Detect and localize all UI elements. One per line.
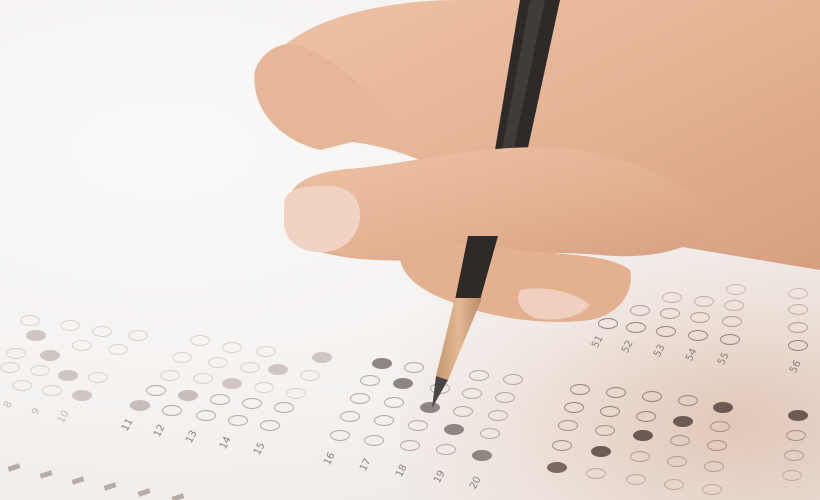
bubble[interactable] [724, 300, 744, 311]
bubble[interactable] [268, 364, 288, 375]
bubble[interactable] [222, 342, 242, 353]
bubble[interactable] [630, 451, 650, 462]
bubble[interactable] [208, 357, 228, 368]
answer-sheet-photo: 8 9 10 11 12 13 14 15 [0, 0, 820, 500]
bubble[interactable] [720, 334, 740, 345]
bubble[interactable] [404, 362, 424, 373]
bubble[interactable] [784, 450, 804, 461]
bubble[interactable] [0, 362, 20, 373]
timing-mark [172, 493, 185, 500]
bubble[interactable] [60, 320, 80, 331]
bubble[interactable] [190, 335, 210, 346]
bubble[interactable] [495, 392, 515, 403]
bubble[interactable] [472, 450, 492, 461]
timing-mark [40, 470, 53, 478]
question-number: 13 [184, 429, 200, 445]
bubble[interactable] [408, 420, 428, 431]
bubble[interactable] [330, 430, 350, 441]
bubble[interactable] [72, 340, 92, 351]
bubble[interactable] [162, 405, 182, 416]
bubble[interactable] [591, 446, 611, 457]
bubble[interactable] [286, 388, 306, 399]
bubble[interactable] [40, 350, 60, 361]
bubble[interactable] [430, 383, 450, 394]
bubble[interactable] [664, 479, 684, 490]
question-number: 10 [56, 409, 72, 425]
bubble[interactable] [88, 372, 108, 383]
bubble[interactable] [30, 365, 50, 376]
bubble[interactable] [552, 440, 572, 451]
bubble[interactable] [130, 400, 150, 411]
bubble[interactable] [6, 348, 26, 359]
bubble[interactable] [660, 308, 680, 319]
bubble[interactable] [58, 370, 78, 381]
bubble[interactable] [436, 444, 456, 455]
bubble[interactable] [256, 346, 276, 357]
bubble[interactable] [503, 374, 523, 385]
bubble[interactable] [480, 428, 500, 439]
bubble[interactable] [300, 370, 320, 381]
timing-mark [104, 482, 117, 490]
question-number: 16 [322, 451, 338, 467]
bubble[interactable] [678, 395, 698, 406]
bubble[interactable] [108, 344, 128, 355]
bubble[interactable] [782, 470, 802, 481]
bubble[interactable] [254, 382, 274, 393]
bubble[interactable] [469, 370, 489, 381]
bubble[interactable] [788, 410, 808, 421]
bubble[interactable] [586, 468, 606, 479]
bubble[interactable] [626, 474, 646, 485]
bubble[interactable] [642, 391, 662, 402]
bubble[interactable] [670, 435, 690, 446]
bubble[interactable] [92, 326, 112, 337]
bubble[interactable] [558, 420, 578, 431]
bubble[interactable] [788, 340, 808, 351]
bubble[interactable] [128, 330, 148, 341]
bubble[interactable] [462, 388, 482, 399]
bubble[interactable] [340, 411, 360, 422]
bubble[interactable] [20, 315, 40, 326]
bubble[interactable] [364, 435, 384, 446]
bubble[interactable] [600, 406, 620, 417]
bubble[interactable] [710, 421, 730, 432]
bubble[interactable] [240, 362, 260, 373]
bubble[interactable] [146, 385, 166, 396]
bubble[interactable] [673, 416, 693, 427]
timing-mark [8, 463, 21, 471]
bubble[interactable] [547, 462, 567, 473]
bubble[interactable] [788, 322, 808, 333]
bubble[interactable] [633, 430, 653, 441]
bubble[interactable] [704, 461, 724, 472]
bubble[interactable] [350, 393, 370, 404]
bubble[interactable] [228, 415, 248, 426]
bubble[interactable] [726, 284, 746, 295]
bubble[interactable] [160, 370, 180, 381]
bubble[interactable] [667, 456, 687, 467]
bubble[interactable] [688, 330, 708, 341]
bubble[interactable] [564, 402, 584, 413]
bubble[interactable] [26, 330, 46, 341]
bubble[interactable] [274, 402, 294, 413]
bubble[interactable] [372, 358, 392, 369]
question-number: 8 [2, 399, 15, 410]
bubble[interactable] [656, 326, 676, 337]
bubble[interactable] [786, 430, 806, 441]
bubble[interactable] [636, 411, 656, 422]
bubble[interactable] [702, 484, 722, 495]
bubble[interactable] [374, 415, 394, 426]
question-number: 17 [358, 457, 374, 473]
bubble[interactable] [690, 312, 710, 323]
timing-mark [138, 488, 151, 496]
question-number: 11 [120, 417, 136, 433]
bubble[interactable] [210, 394, 230, 405]
bubble[interactable] [384, 397, 404, 408]
bubble[interactable] [694, 296, 714, 307]
question-number: 12 [152, 423, 168, 439]
question-number: 9 [30, 406, 43, 417]
question-number: 15 [252, 441, 268, 457]
bubble[interactable] [360, 375, 380, 386]
bubble[interactable] [606, 387, 626, 398]
question-number: 14 [218, 435, 234, 451]
bubble[interactable] [42, 385, 62, 396]
bubble[interactable] [788, 288, 808, 299]
bubble[interactable] [242, 398, 262, 409]
bubble[interactable] [488, 410, 508, 421]
bubble[interactable] [570, 384, 590, 395]
bubble[interactable] [453, 406, 473, 417]
bubble[interactable] [260, 420, 280, 431]
bubble[interactable] [788, 304, 808, 315]
bubble[interactable] [598, 318, 618, 329]
bubble[interactable] [393, 378, 413, 389]
bubble[interactable] [178, 390, 198, 401]
bubble[interactable] [12, 380, 32, 391]
bubble[interactable] [400, 440, 420, 451]
bubble[interactable] [193, 373, 213, 384]
bubble[interactable] [72, 390, 92, 401]
bubble[interactable] [444, 424, 464, 435]
bubble[interactable] [312, 352, 332, 363]
bubble[interactable] [420, 402, 440, 413]
bubble[interactable] [626, 322, 646, 333]
bubble[interactable] [630, 305, 650, 316]
timing-mark [72, 476, 85, 484]
bubble[interactable] [722, 316, 742, 327]
bubble[interactable] [196, 410, 216, 421]
bubble[interactable] [713, 402, 733, 413]
bubble[interactable] [707, 440, 727, 451]
bubble[interactable] [595, 425, 615, 436]
bubble[interactable] [172, 352, 192, 363]
bubble[interactable] [222, 378, 242, 389]
bubble[interactable] [662, 292, 682, 303]
warm-light-tint [400, 240, 820, 500]
